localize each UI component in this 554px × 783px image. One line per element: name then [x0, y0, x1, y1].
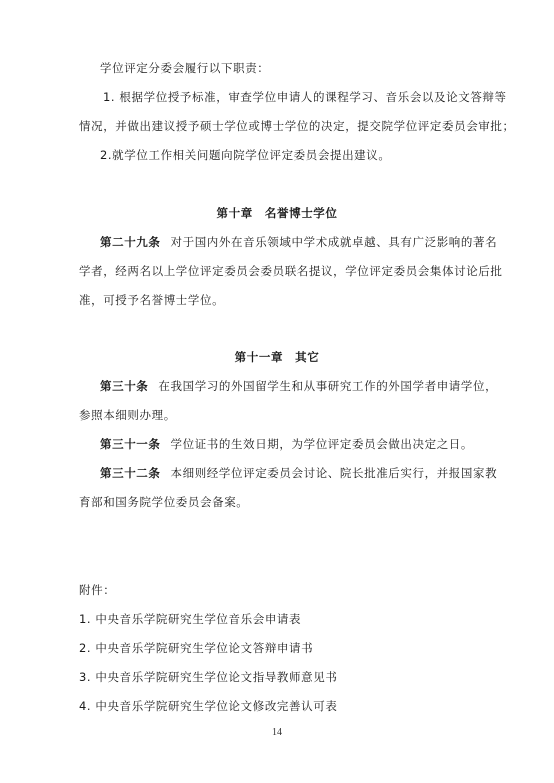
article-31-line-1: 第三十一条学位证书的生效日期，为学位评定委员会做出决定之日。 [100, 437, 473, 451]
attachments-label: 附件： [79, 583, 115, 597]
article-30-line-1: 第三十条在我国学习的外国留学生和从事研究工作的外国学者申请学位， [100, 379, 497, 393]
article-31-label: 第三十一条 [100, 437, 161, 451]
article-30-text: 在我国学习的外国留学生和从事研究工作的外国学者申请学位， [158, 379, 497, 393]
chapter-10-title: 第十章 名誉博士学位 [0, 206, 554, 220]
article-29-line-1: 第二十九条对于国内外在音乐领域中学术成就卓越、具有广泛影响的著名 [100, 235, 497, 249]
duties-intro: 学位评定分委会履行以下职责： [100, 61, 269, 75]
article-31-text: 学位证书的生效日期，为学位评定委员会做出决定之日。 [171, 437, 474, 451]
article-32-line-1: 第三十二条本细则经学位评定委员会讨论、院长批准后实行，并报国家教 [100, 466, 497, 480]
article-29-line-3: 准，可授予名誉博士学位。 [79, 293, 224, 307]
article-29-label: 第二十九条 [100, 235, 161, 249]
article-29-line-2: 学者，经两名以上学位评定委员会委员联名提议，学位评定委员会集体讨论后批 [79, 264, 503, 278]
duty-1-line-1: 1. 根据学位授予标准，审查学位申请人的课程学习、音乐会以及论文答辩等 [103, 90, 507, 104]
article-30-label: 第三十条 [100, 379, 148, 393]
duty-2: 2.就学位工作相关问题向院学位评定委员会提出建议。 [100, 148, 390, 162]
article-30-line-2: 参照本细则办理。 [79, 408, 176, 422]
article-29-text: 对于国内外在音乐领域中学术成就卓越、具有广泛影响的著名 [171, 235, 498, 249]
article-32-line-2: 育部和国务院学位委员会备案。 [79, 495, 248, 509]
article-32-label: 第三十二条 [100, 466, 161, 480]
article-32-text: 本细则经学位评定委员会讨论、院长批准后实行，并报国家教 [171, 466, 498, 480]
attachment-item-2: 2. 中央音乐学院研究生学位论文答辩申请书 [79, 641, 313, 655]
page-number: 14 [0, 727, 554, 738]
attachment-item-4: 4. 中央音乐学院研究生学位论文修改完善认可表 [79, 699, 337, 713]
duty-1-line-2: 情况，并做出建议授予硕士学位或博士学位的决定，提交院学位评定委员会审批； [79, 119, 515, 133]
attachment-item-3: 3. 中央音乐学院研究生学位论文指导教师意见书 [79, 670, 337, 684]
chapter-11-title: 第十一章 其它 [0, 350, 554, 364]
attachment-item-1: 1. 中央音乐学院研究生学位音乐会申请表 [79, 612, 301, 626]
